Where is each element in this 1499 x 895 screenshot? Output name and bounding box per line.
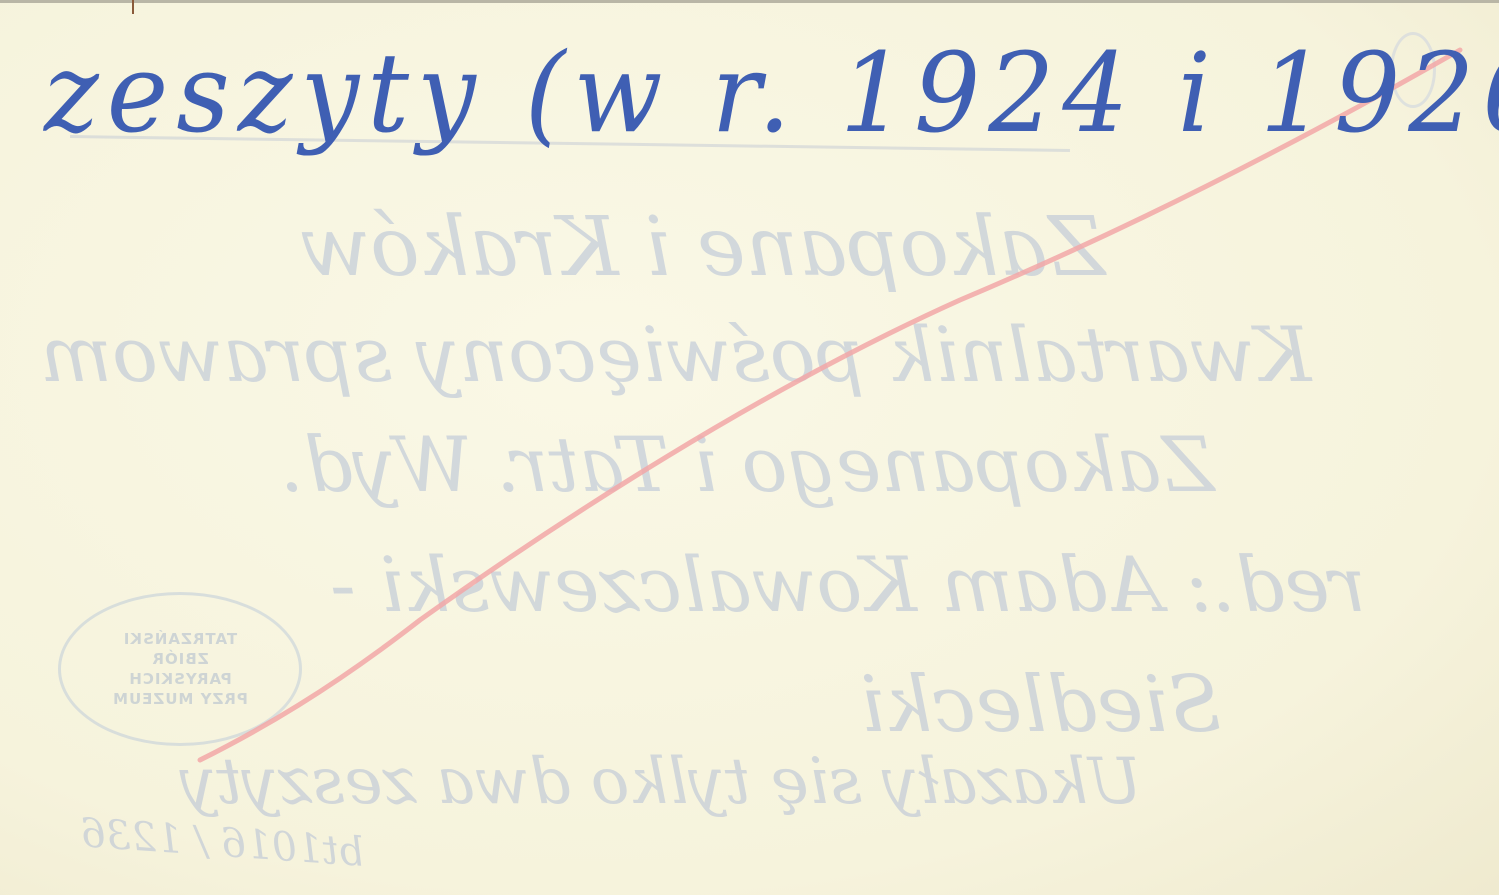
archival-card: Zakopane i Kraków Kwartalnik poświęcony … <box>0 0 1499 895</box>
handwritten-main-text: zeszyty (w r. 1924 i 1926). <box>44 14 1499 172</box>
